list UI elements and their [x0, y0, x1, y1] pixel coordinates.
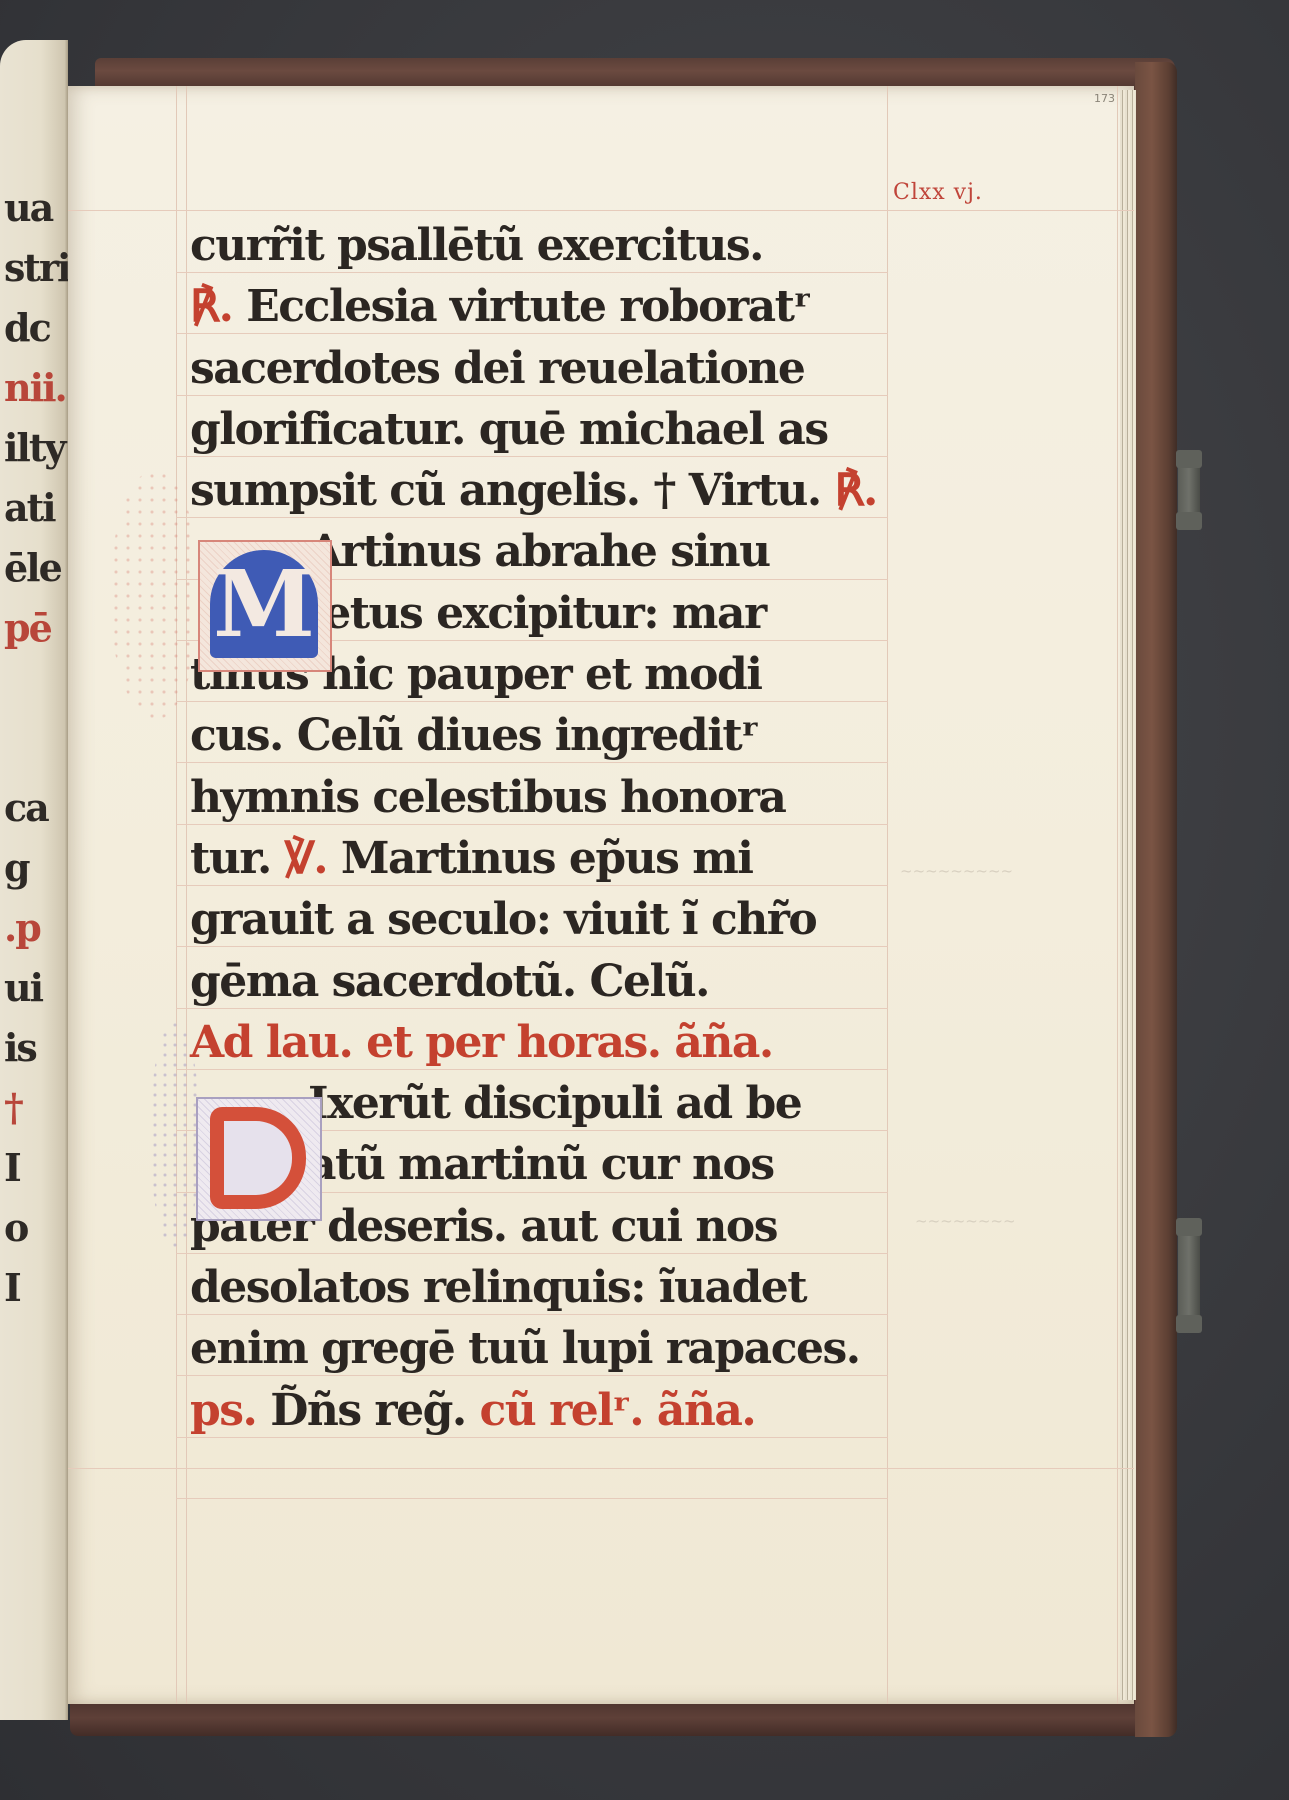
text-segment: sacerdotes dei reuelatione — [190, 343, 804, 394]
text-line: hymnis celestibus honora — [190, 767, 890, 828]
initial-letter: M — [210, 550, 318, 658]
left-page-fragment: † — [4, 1085, 22, 1130]
rubric-text: ℟. — [834, 465, 876, 516]
left-page-fragment: ui — [4, 965, 42, 1010]
left-page-fragment: dc — [4, 305, 50, 350]
rubric-text: ℟. — [190, 281, 246, 332]
ruling-line — [176, 1498, 888, 1499]
left-page-fragment: ēle — [4, 545, 61, 590]
left-page-fragment: ilty — [4, 425, 65, 470]
text-segment: letus excipitur: mar — [308, 588, 766, 639]
show-through-text: ~~~~~~~~ — [915, 1212, 1016, 1230]
ruling-horizontal-top — [68, 210, 1134, 211]
text-line: ℟. Ecclesia virtute roboratʳ — [190, 276, 890, 337]
left-page-fragment: I — [4, 1145, 20, 1190]
text-segment: Martinus ep̃us mi — [341, 833, 753, 884]
illuminated-initial-m: M — [198, 540, 332, 672]
clasp-knob — [1176, 1218, 1202, 1236]
left-page-sliver: uastridcnii.iltyatiēlepēcag.puiis†IoI — [0, 40, 68, 1720]
text-line: tur. ℣. Martinus ep̃us mi — [190, 828, 890, 889]
page-number: 173 — [1094, 92, 1115, 105]
text-line: grauit a seculo: viuit ĩ chr̃o — [190, 889, 890, 950]
clasp-knob — [1176, 1315, 1202, 1333]
text-segment: sumpsit cũ angelis. † Virtu. — [190, 465, 834, 516]
binding-fore-edge — [1135, 62, 1177, 1737]
left-page-fragment: stri — [4, 245, 69, 290]
text-segment: Artinus abrahe sinu — [308, 526, 770, 577]
text-segment: desolatos relinquis: ĩuadet — [190, 1262, 806, 1313]
left-page-fragment: is — [4, 1025, 36, 1070]
text-line: desolatos relinquis: ĩuadet — [190, 1257, 890, 1318]
text-segment: curr̃it psallētũ exercitus. — [190, 220, 763, 271]
initial-letter: D — [210, 1107, 306, 1209]
ruling-vertical-outer — [1117, 86, 1118, 1704]
text-line: Ad lau. et per horas. ãña. — [190, 1012, 890, 1073]
rubric-text: cũ relʳ. ãña. — [480, 1385, 756, 1436]
clasp-knob — [1176, 512, 1202, 530]
left-page-fragment: o — [4, 1205, 27, 1250]
text-segment: gēma sacerdotũ. Celũ. — [190, 956, 709, 1007]
text-line: enim gregē tuũ lupi rapaces. — [190, 1318, 890, 1379]
text-block: curr̃it psallētũ exercitus.℟. Ecclesia … — [190, 215, 890, 1441]
rubric-text: Ad lau. et per horas. ãña. — [190, 1017, 773, 1068]
left-page-fragment: ua — [4, 185, 52, 230]
text-line: glorificatur. quē michael as — [190, 399, 890, 460]
rubric-text: ℣. — [285, 833, 341, 884]
text-segment: cus. Celũ diues ingreditʳ — [190, 710, 758, 761]
text-segment: grauit a seculo: viuit ĩ chr̃o — [190, 894, 816, 945]
text-segment: Ecclesia virtute roboratʳ — [246, 281, 810, 332]
text-line: curr̃it psallētũ exercitus. — [190, 215, 890, 276]
text-line: sacerdotes dei reuelatione — [190, 338, 890, 399]
text-segment: D̃ñs reg̃. — [270, 1385, 479, 1436]
left-page-fragment: pē — [4, 605, 51, 650]
left-page-fragment: g — [4, 845, 29, 890]
left-page-fragment: ca — [4, 785, 48, 830]
text-segment: Ixerũt discipuli ad be — [308, 1078, 801, 1129]
text-segment: tur. — [190, 833, 285, 884]
text-line: sumpsit cũ angelis. † Virtu. ℟. — [190, 460, 890, 521]
text-line: gēma sacerdotũ. Celũ. — [190, 951, 890, 1012]
text-line: ps. D̃ñs reg̃. cũ relʳ. ãña. — [190, 1380, 890, 1441]
rubric-text: ps. — [190, 1385, 270, 1436]
ruling-vertical-inner — [186, 86, 187, 1704]
left-page-fragment: .p — [4, 905, 40, 950]
folio-number: Clxx vj. — [893, 180, 983, 205]
text-segment: enim gregē tuũ lupi rapaces. — [190, 1323, 860, 1374]
binding-bottom-edge — [70, 1700, 1175, 1736]
text-segment: hymnis celestibus honora — [190, 772, 785, 823]
clasp-knob — [1176, 450, 1202, 468]
page-stack-edges — [1120, 90, 1136, 1700]
left-page-fragment: I — [4, 1265, 20, 1310]
left-page-fragment: ati — [4, 485, 55, 530]
text-segment: atũ martinũ cur nos — [308, 1139, 774, 1190]
text-line: cus. Celũ diues ingreditʳ — [190, 705, 890, 766]
clasp-lower — [1178, 1218, 1200, 1333]
ruling-horizontal-bottom — [68, 1468, 1134, 1469]
ruling-vertical-left — [176, 86, 177, 1704]
clasp-upper — [1178, 450, 1200, 530]
show-through-text: ~~~~~~~~~ — [900, 862, 1013, 880]
text-segment: glorificatur. quē michael as — [190, 404, 828, 455]
left-page-fragment: nii. — [4, 365, 66, 410]
illuminated-initial-d: D — [196, 1097, 322, 1221]
pen-flourish-red — [110, 470, 200, 720]
